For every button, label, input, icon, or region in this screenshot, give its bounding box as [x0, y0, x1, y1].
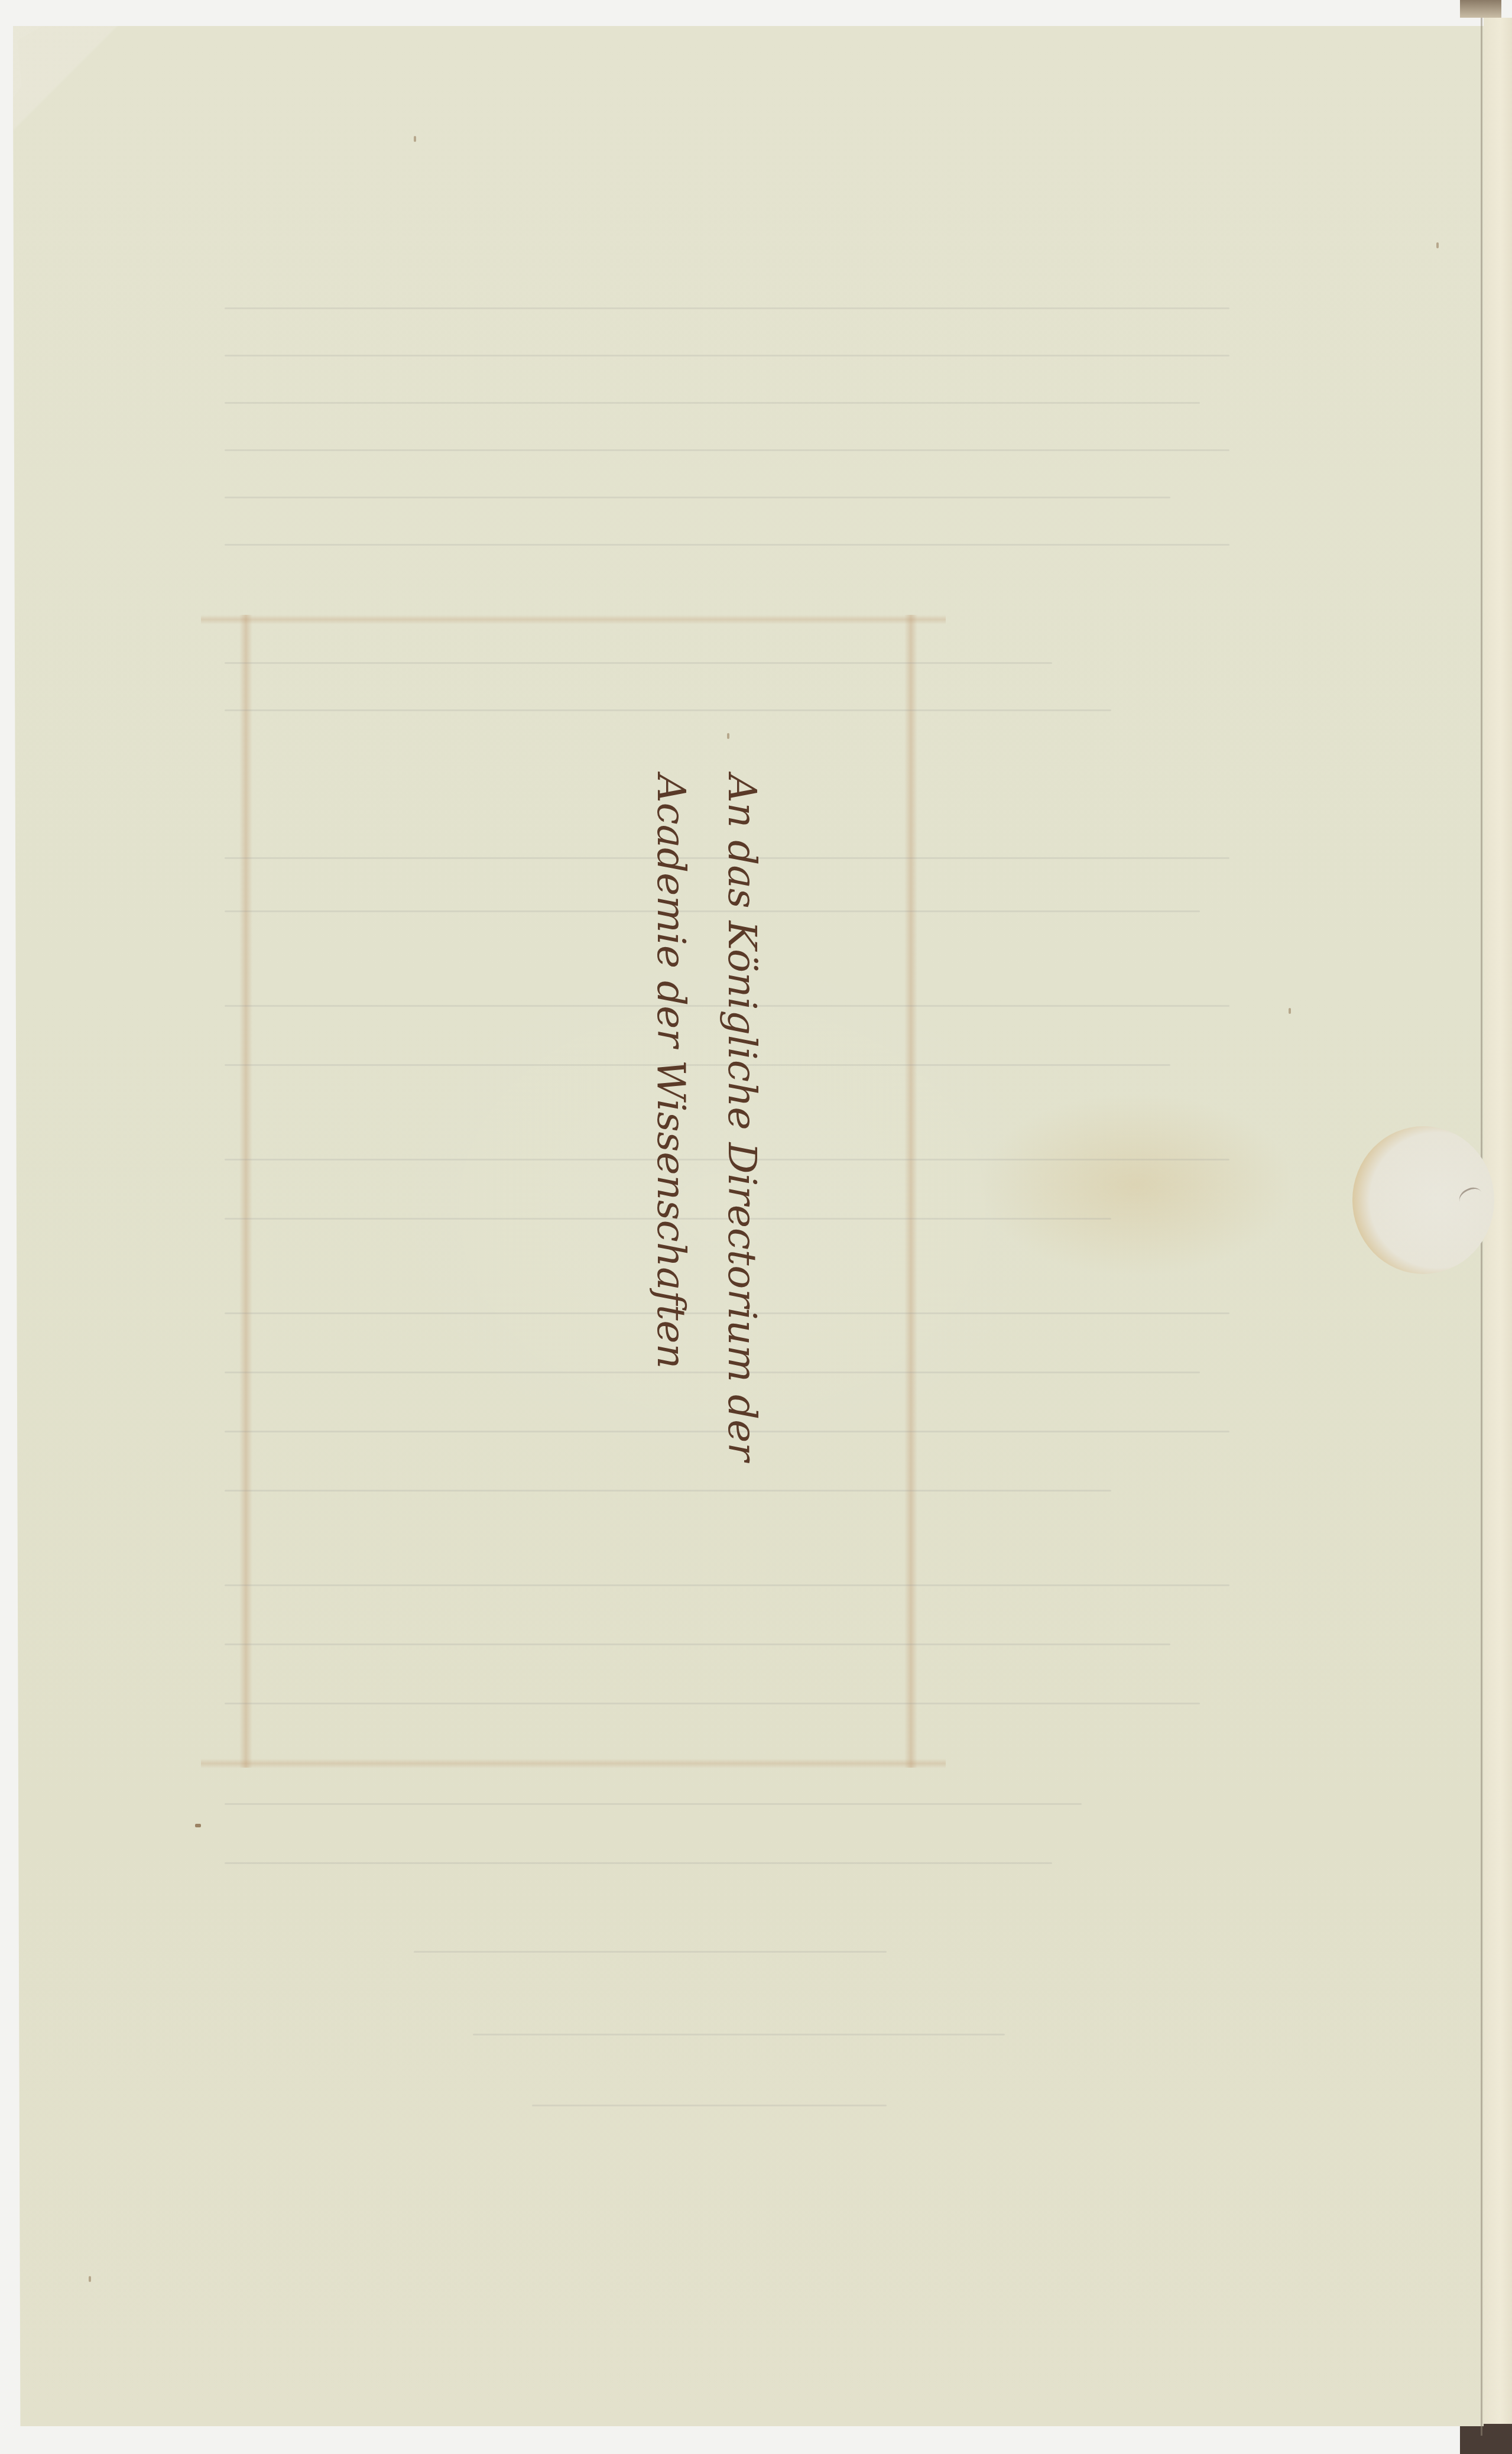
letter-address: An das Königliche Directorium der Academ…: [624, 774, 777, 1472]
underlying-leaf: [1484, 18, 1512, 2454]
folded-corner: [13, 26, 119, 132]
fold-crease-top: [201, 615, 946, 624]
fold-crease-right: [904, 615, 917, 1768]
binding-top-edge: [1460, 0, 1501, 18]
address-line-1: An das Königliche Directorium der: [706, 774, 777, 1472]
fold-crease-left: [239, 615, 252, 1768]
fold-crease-bottom: [201, 1759, 946, 1768]
address-line-2: Academie der Wissenschaften: [635, 774, 706, 1472]
binding-cover: [1460, 2424, 1512, 2454]
